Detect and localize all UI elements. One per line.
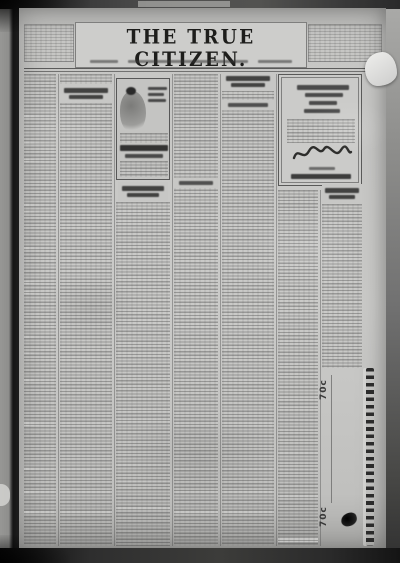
subhead-column-4 bbox=[174, 178, 218, 188]
ad-body-text bbox=[287, 119, 355, 143]
news-column-5 bbox=[222, 74, 274, 546]
headline-column-3 bbox=[118, 182, 168, 201]
dateline bbox=[76, 60, 306, 64]
ad-body-text bbox=[120, 133, 168, 143]
price-mark-bottom: 70c bbox=[319, 501, 329, 527]
subhead-column-5 bbox=[222, 100, 274, 110]
scan-edge-left bbox=[0, 0, 19, 563]
news-column-6 bbox=[278, 190, 318, 546]
ad-bold-band bbox=[120, 145, 168, 151]
ad-body-text bbox=[120, 161, 168, 177]
ad-text-line bbox=[148, 99, 166, 102]
ad-signature-script bbox=[291, 143, 353, 165]
news-column-1 bbox=[24, 74, 56, 546]
paper-tear bbox=[365, 52, 397, 86]
column-rule-3 bbox=[172, 74, 173, 546]
ad-signature-underline bbox=[309, 167, 335, 170]
news-column-4 bbox=[174, 74, 218, 546]
news-column-3 bbox=[116, 202, 170, 546]
headline-column-5 bbox=[222, 72, 274, 91]
headline-column-7 bbox=[322, 184, 362, 203]
news-column-7 bbox=[322, 204, 362, 368]
newspaper-scan: THE TRUE CITIZEN. bbox=[0, 0, 400, 563]
ad-text-line bbox=[148, 93, 164, 96]
advertisement-right bbox=[278, 74, 362, 186]
scan-edge-top-light-patch bbox=[138, 1, 230, 7]
ad-bottom-bar bbox=[291, 174, 351, 179]
news-column-2 bbox=[60, 74, 112, 546]
masthead-rule bbox=[24, 68, 382, 72]
dateline-place-date bbox=[128, 60, 248, 63]
ink-blob bbox=[340, 511, 359, 528]
column-rule-2 bbox=[114, 74, 115, 546]
masthead-title: THE TRUE CITIZEN. bbox=[76, 27, 306, 72]
ad-text-line bbox=[297, 85, 349, 90]
scan-edge-right bbox=[386, 0, 400, 563]
film-ladder-strip bbox=[366, 368, 374, 546]
ad-text-line bbox=[304, 109, 340, 113]
newspaper-page: THE TRUE CITIZEN. bbox=[19, 8, 386, 548]
margin-hairline bbox=[331, 375, 332, 503]
ad-text-line bbox=[148, 87, 167, 90]
column-rule-6 bbox=[320, 190, 321, 546]
dateline-number bbox=[258, 60, 292, 63]
price-mark-top: 70c bbox=[319, 374, 329, 400]
masthead-nameplate: THE TRUE CITIZEN. bbox=[75, 22, 307, 68]
ad-illustration bbox=[120, 91, 146, 133]
column-rule-5 bbox=[276, 74, 277, 546]
dateline-volume bbox=[90, 60, 118, 63]
advertisement-center bbox=[116, 78, 170, 180]
ad-text-line bbox=[309, 101, 337, 105]
masthead-left-ornament-box bbox=[24, 24, 74, 62]
headline-column-2 bbox=[60, 84, 112, 103]
ad-text-line bbox=[125, 154, 163, 158]
column-rule-1 bbox=[58, 74, 59, 546]
column-rule-4 bbox=[220, 74, 221, 546]
ad-text-line bbox=[305, 93, 343, 97]
